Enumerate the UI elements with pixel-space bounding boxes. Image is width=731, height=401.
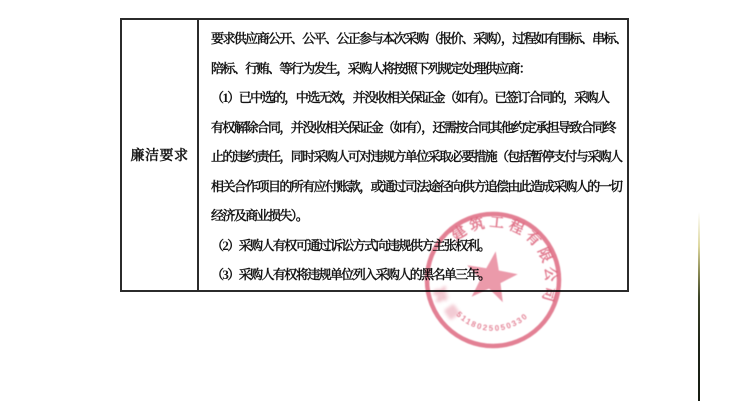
paragraph-line: 要求供应商公开、公平、公正参与本次采购（报价、采购），过程如有围标、串标、 <box>211 24 627 54</box>
seal-illegible-char-blob <box>444 304 461 321</box>
requirements-table: 廉洁要求 要求供应商公开、公平、公正参与本次采购（报价、采购），过程如有围标、串… <box>120 18 629 292</box>
paragraph-line: （1）已中选的，中选无效，并没收相关保证金（如有）。已签订合同的，采购人 <box>211 83 627 113</box>
paragraph-line: 陪标、行贿、等行为发生，采购人将按照下列规定处理供应商： <box>211 54 627 84</box>
paragraph-line: （2）采购人有权可通过诉讼方式向违规供方主张权利。 <box>211 231 627 261</box>
seal-serial-number: 5118025050330 <box>454 310 530 333</box>
row-content-cell: 要求供应商公开、公平、公正参与本次采购（报价、采购），过程如有围标、串标、 陪标… <box>199 20 627 290</box>
scan-artifact-line <box>698 212 700 401</box>
paragraph-line: 相关合作项目的所有应付账款，或通过司法途径向供方追偿由此造成采购人的一切 <box>211 172 627 202</box>
document-page: 廉洁要求 要求供应商公开、公平、公正参与本次采购（报价、采购），过程如有围标、串… <box>0 0 731 401</box>
row-label: 廉洁要求 <box>131 145 189 165</box>
paragraph-line: 经济及商业损失）。 <box>211 201 627 231</box>
row-header-cell: 廉洁要求 <box>122 20 197 290</box>
paragraph-line: （3）采购人有权将违规单位列入采购人的黑名单三年。 <box>211 260 627 290</box>
paragraph-line: 止的违约责任，同时采购人可对违规方单位采取必要措施（包括暂停支付与采购人 <box>211 142 627 172</box>
paragraph-line: 有权解除合同，并没收相关保证金（如有），还需按合同其他约定承担导致合同终 <box>211 113 627 143</box>
